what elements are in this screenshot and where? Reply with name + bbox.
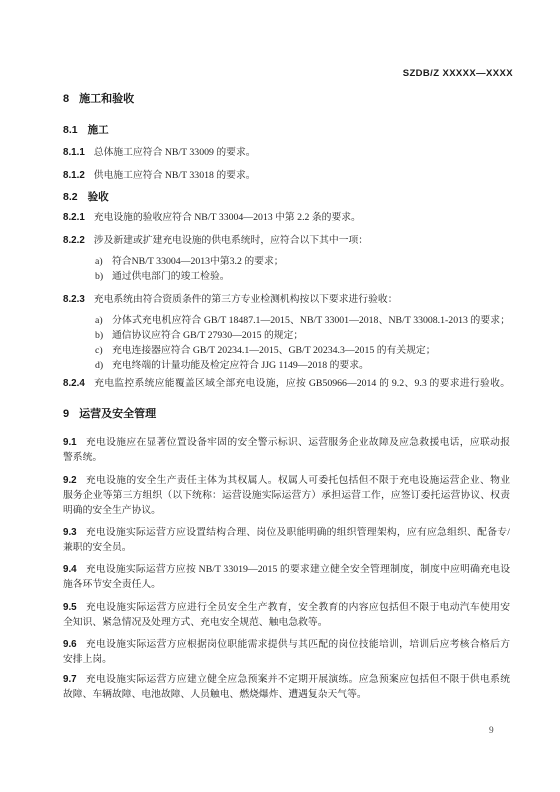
clause-text: 充电设施实际运营方应进行全员安全生产教育，安全教育的内容应包括但不限于电动汽车使…: [86, 602, 510, 613]
clause-text: 充电设施的安全生产责任主体为其权属人。权属人可委托包括但不限于充电设施运营企业、…: [86, 475, 510, 486]
clause-number: 8.2.2: [63, 235, 85, 246]
clause-text: 涉及新建或扩建充电设施的供电系统时，应符合以下其中一项：: [94, 235, 368, 246]
clause-number: 9.6: [63, 639, 77, 650]
clause-number: 9.1: [63, 437, 77, 448]
clause-number: 9.4: [63, 564, 77, 575]
list-text: 通过供电部门的竣工检验。: [112, 271, 230, 282]
clause-8-2-1: 8.2.1充电设施的验收应符合 NB/T 33004—2013 中第 2.2 条…: [63, 210, 510, 225]
clause-8-1-2: 8.1.2供电施工应符合 NB/T 33018 的要求。: [63, 168, 510, 183]
clause-text: 充电设施实际运营方应设置结构合理、岗位及职能明确的组织管理架构，应有应急组织、配…: [86, 527, 510, 538]
clause-number: 8.2.4: [63, 378, 85, 389]
list-letter: b): [95, 269, 112, 284]
clause-8-2-3: 8.2.3充电系统由符合资质条件的第三方专业检测机构按以下要求进行验收： a)分…: [63, 292, 510, 373]
clause-line: 9.1充电设施应在显著位置设备牢固的安全警示标识、运营服务企业故障及应急救援电话…: [63, 435, 510, 450]
list-text: 通信协议应符合 GB/T 27930—2015 的规定；: [112, 330, 303, 341]
clause-line: 8.1.2供电施工应符合 NB/T 33018 的要求。: [63, 168, 510, 183]
clause-8-2-2: 8.2.2涉及新建或扩建充电设施的供电系统时，应符合以下其中一项： a)符合NB…: [63, 233, 510, 284]
clause-line: 9.5充电设施实际运营方应进行全员安全生产教育，安全教育的内容应包括但不限于电动…: [63, 600, 510, 615]
clause-text: 充电设施应在显著位置设备牢固的安全警示标识、运营服务企业故障及应急救援电话，应联…: [86, 437, 510, 448]
clause-number: 8.2.1: [63, 212, 85, 223]
section-number: 9: [63, 408, 69, 420]
clause-text: 充电系统由符合资质条件的第三方专业检测机构按以下要求进行验收：: [94, 294, 398, 305]
clause-text: 总体施工应符合 NB/T 33009 的要求。: [94, 147, 256, 158]
clause-9-4: 9.4充电设施实际运营方应按 NB/T 33019—2015 的要求建立健全安全…: [63, 562, 510, 592]
list-item-a: a)分体式充电机应符合 GB/T 18487.1—2015、NB/T 33001…: [63, 313, 510, 328]
list-text: 充电连接器应符合 GB/T 20234.1—2015、GB/T 20234.3—…: [112, 345, 436, 356]
clause-8-2-4: 8.2.4充电监控系统应能覆盖区域全部充电设施，应按 GB50966—2014 …: [63, 376, 510, 391]
list-item-d: d)充电终端的计量功能及检定应符合 JJG 1149—2018 的要求。: [63, 358, 510, 373]
list-item-b: b)通信协议应符合 GB/T 27930—2015 的规定；: [63, 328, 510, 343]
clause-text: 供电施工应符合 NB/T 33018 的要求。: [94, 170, 256, 181]
clause-line: 施各环节安全责任人。: [63, 577, 510, 592]
clause-number: 8.2.3: [63, 294, 85, 305]
clause-number: 8.1.1: [63, 147, 85, 158]
clause-line: 8.2.4充电监控系统应能覆盖区域全部充电设施，应按 GB50966—2014 …: [63, 376, 510, 391]
clause-line: 8.2.1充电设施的验收应符合 NB/T 33004—2013 中第 2.2 条…: [63, 210, 510, 225]
list-text: 充电终端的计量功能及检定应符合 JJG 1149—2018 的要求。: [112, 360, 369, 371]
clause-line: 9.3充电设施实际运营方应设置结构合理、岗位及职能明确的组织管理架构，应有应急组…: [63, 525, 510, 540]
clause-number: 9.7: [63, 674, 77, 685]
clause-line: 9.6充电设施实际运营方应根据岗位职能需求提供与其匹配的岗位技能培训，培训后应考…: [63, 637, 510, 652]
clause-line: 警系统。: [63, 450, 510, 465]
list-item-b: b)通过供电部门的竣工检验。: [63, 269, 510, 284]
list-letter: d): [95, 358, 112, 373]
clause-line: 安排上岗。: [63, 652, 510, 667]
section-8-1-heading: 8.1施工: [63, 123, 510, 137]
clause-line: 8.1.1总体施工应符合 NB/T 33009 的要求。: [63, 145, 510, 160]
clause-text: 充电设施的验收应符合 NB/T 33004—2013 中第 2.2 条的要求。: [94, 212, 361, 223]
list-item-a: a)符合NB/T 33004—2013中第3.2 的要求；: [63, 254, 510, 269]
section-number: 8.1: [63, 124, 78, 136]
section-number: 8: [63, 93, 69, 105]
clause-line: 9.4充电设施实际运营方应按 NB/T 33019—2015 的要求建立健全安全…: [63, 562, 510, 577]
clause-9-6: 9.6充电设施实际运营方应根据岗位职能需求提供与其匹配的岗位技能培训，培训后应考…: [63, 637, 510, 667]
clause-line: 9.2充电设施的安全生产责任主体为其权属人。权属人可委托包括但不限于充电设施运营…: [63, 473, 510, 488]
clause-line: 明确的安全生产协议。: [63, 503, 510, 518]
section-title: 施工和验收: [79, 93, 134, 105]
clause-8-1-1: 8.1.1总体施工应符合 NB/T 33009 的要求。: [63, 145, 510, 160]
section-8-2-heading: 8.2验收: [63, 190, 510, 204]
clause-line: 故障、车辆故障、电池故障、人员触电、燃烧爆炸、遭遇复杂天气等。: [63, 687, 510, 702]
clause-number: 9.3: [63, 527, 77, 538]
section-9-heading: 9运营及安全管理: [63, 407, 510, 421]
clause-9-3: 9.3充电设施实际运营方应设置结构合理、岗位及职能明确的组织管理架构，应有应急组…: [63, 525, 510, 555]
clause-text: 充电设施实际运营方应按 NB/T 33019—2015 的要求建立健全安全管理制…: [86, 564, 510, 575]
document-page: SZDB/Z XXXXX—XXXX 8施工和验收 8.1施工 8.1.1总体施工…: [0, 0, 560, 792]
clause-number: 9.5: [63, 602, 77, 613]
list-text: 符合NB/T 33004—2013中第3.2 的要求；: [112, 256, 284, 267]
clause-text: 充电监控系统应能覆盖区域全部充电设施，应按 GB50966—2014 的 9.2…: [94, 378, 510, 389]
list-letter: b): [95, 328, 112, 343]
clause-line: 兼职的安全员。: [63, 540, 510, 555]
clause-text: 充电设施实际运营方应根据岗位职能需求提供与其匹配的岗位技能培训，培训后应考核合格…: [86, 639, 510, 650]
document-body: 8施工和验收 8.1施工 8.1.1总体施工应符合 NB/T 33009 的要求…: [63, 92, 510, 702]
list-item-c: c)充电连接器应符合 GB/T 20234.1—2015、GB/T 20234.…: [63, 343, 510, 358]
section-title: 验收: [88, 191, 109, 203]
list-letter: c): [95, 343, 112, 358]
clause-9-5: 9.5充电设施实际运营方应进行全员安全生产教育，安全教育的内容应包括但不限于电动…: [63, 600, 510, 630]
list-text: 分体式充电机应符合 GB/T 18487.1—2015、NB/T 33001—2…: [112, 315, 510, 326]
clause-line: 全知识、紧急情况及处理方式、充电安全规范、触电急救等。: [63, 615, 510, 630]
clause-number: 9.2: [63, 475, 77, 486]
section-title: 施工: [88, 124, 109, 136]
section-8-heading: 8施工和验收: [63, 92, 510, 106]
clause-9-2: 9.2充电设施的安全生产责任主体为其权属人。权属人可委托包括但不限于充电设施运营…: [63, 473, 510, 518]
clause-line: 服务企业等第三方组织（以下统称：运营设施实际运营方）承担运营工作，应签订委托运营…: [63, 488, 510, 503]
list-letter: a): [95, 254, 112, 269]
clause-9-1: 9.1充电设施应在显著位置设备牢固的安全警示标识、运营服务企业故障及应急救援电话…: [63, 435, 510, 465]
clause-line: 8.2.2涉及新建或扩建充电设施的供电系统时，应符合以下其中一项：: [63, 233, 510, 248]
page-number: 9: [489, 726, 494, 736]
section-number: 8.2: [63, 191, 78, 203]
standard-number-header: SZDB/Z XXXXX—XXXX: [0, 68, 513, 79]
clause-9-7: 9.7充电设施实际运营方应建立健全应急预案并不定期开展演练。应急预案应包括但不限…: [63, 672, 510, 702]
clause-line: 8.2.3充电系统由符合资质条件的第三方专业检测机构按以下要求进行验收：: [63, 292, 510, 307]
clause-text: 充电设施实际运营方应建立健全应急预案并不定期开展演练。应急预案应包括但不限于供电…: [86, 674, 510, 685]
clause-number: 8.1.2: [63, 170, 85, 181]
list-letter: a): [95, 313, 112, 328]
section-title: 运营及安全管理: [79, 408, 156, 420]
clause-line: 9.7充电设施实际运营方应建立健全应急预案并不定期开展演练。应急预案应包括但不限…: [63, 672, 510, 687]
